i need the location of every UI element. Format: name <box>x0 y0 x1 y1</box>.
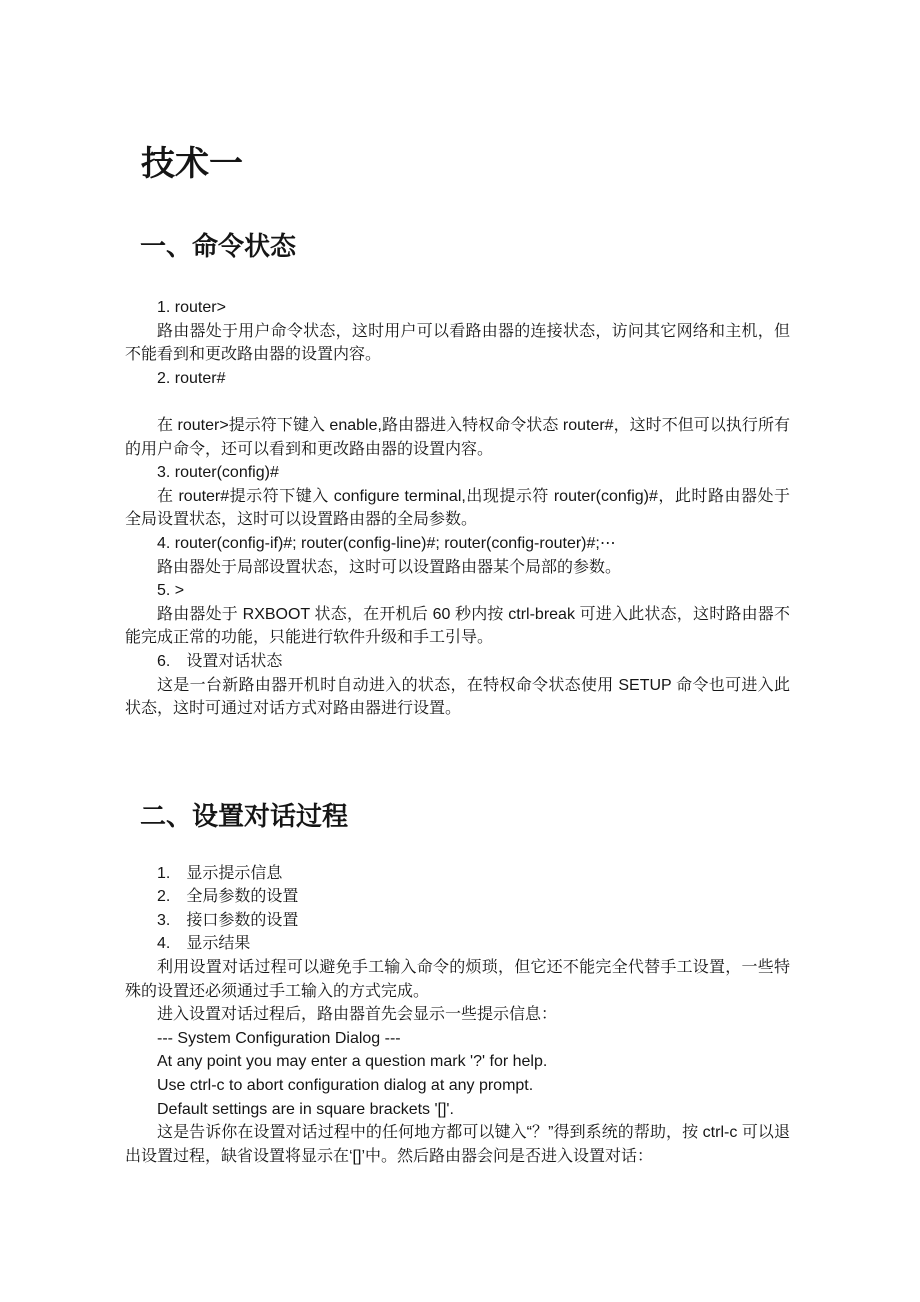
console-line: At any point you may enter a question ma… <box>125 1050 790 1074</box>
paragraph: 进入设置对话过程后，路由器首先会显示一些提示信息： <box>125 1003 790 1027</box>
section-heading: 二、设置对话过程 <box>140 799 790 833</box>
paragraph: 这是一台新路由器开机时自动进入的状态，在特权命令状态使用 SETUP 命令也可进… <box>125 674 790 721</box>
document-content: 技术一 一、命令状态 1. router> 路由器处于用户命令状态，这时用户可以… <box>0 144 920 1168</box>
section-body: 1. 显示提示信息 2. 全局参数的设置 3. 接口参数的设置 4. 显示结果 … <box>125 862 790 1169</box>
section-body: 1. router> 路由器处于用户命令状态，这时用户可以看路由器的连接状态，访… <box>125 296 790 721</box>
numbered-item: 3. router(config)# <box>125 461 790 485</box>
paragraph: 在 router>提示符下键入 enable,路由器进入特权命令状态 route… <box>125 414 790 461</box>
blank-line <box>125 390 790 414</box>
document-title: 技术一 <box>141 144 790 184</box>
console-line: Use ctrl-c to abort configuration dialog… <box>125 1074 790 1098</box>
numbered-item: 5. > <box>125 579 790 603</box>
numbered-item: 2. router# <box>125 367 790 391</box>
numbered-item: 2. 全局参数的设置 <box>125 885 790 909</box>
console-line: Default settings are in square brackets … <box>125 1098 790 1122</box>
document-page: 技术一 一、命令状态 1. router> 路由器处于用户命令状态，这时用户可以… <box>0 0 920 1302</box>
section-setup-dialog: 二、设置对话过程 1. 显示提示信息 2. 全局参数的设置 3. 接口参数的设置… <box>125 799 790 1169</box>
paragraph: 路由器处于局部设置状态，这时可以设置路由器某个局部的参数。 <box>125 556 790 580</box>
numbered-item: 4. router(config-if)#; router(config-lin… <box>125 532 790 556</box>
numbered-item: 3. 接口参数的设置 <box>125 909 790 933</box>
paragraph: 路由器处于用户命令状态，这时用户可以看路由器的连接状态，访问其它网络和主机，但不… <box>125 320 790 367</box>
section-heading: 一、命令状态 <box>140 229 790 263</box>
section-command-states: 一、命令状态 1. router> 路由器处于用户命令状态，这时用户可以看路由器… <box>125 229 790 721</box>
paragraph: 在 router#提示符下键入 configure terminal,出现提示符… <box>125 485 790 532</box>
paragraph: 这是告诉你在设置对话过程中的任何地方都可以键入“？”得到系统的帮助，按 ctrl… <box>125 1121 790 1168</box>
paragraph: 路由器处于 RXBOOT 状态，在开机后 60 秒内按 ctrl-break 可… <box>125 603 790 650</box>
paragraph: 利用设置对话过程可以避免手工输入命令的烦琐，但它还不能完全代替手工设置，一些特殊… <box>125 956 790 1003</box>
console-line: --- System Configuration Dialog --- <box>125 1027 790 1051</box>
numbered-item: 1. 显示提示信息 <box>125 862 790 886</box>
numbered-item: 4. 显示结果 <box>125 932 790 956</box>
numbered-item: 6. 设置对话状态 <box>125 650 790 674</box>
numbered-item: 1. router> <box>125 296 790 320</box>
